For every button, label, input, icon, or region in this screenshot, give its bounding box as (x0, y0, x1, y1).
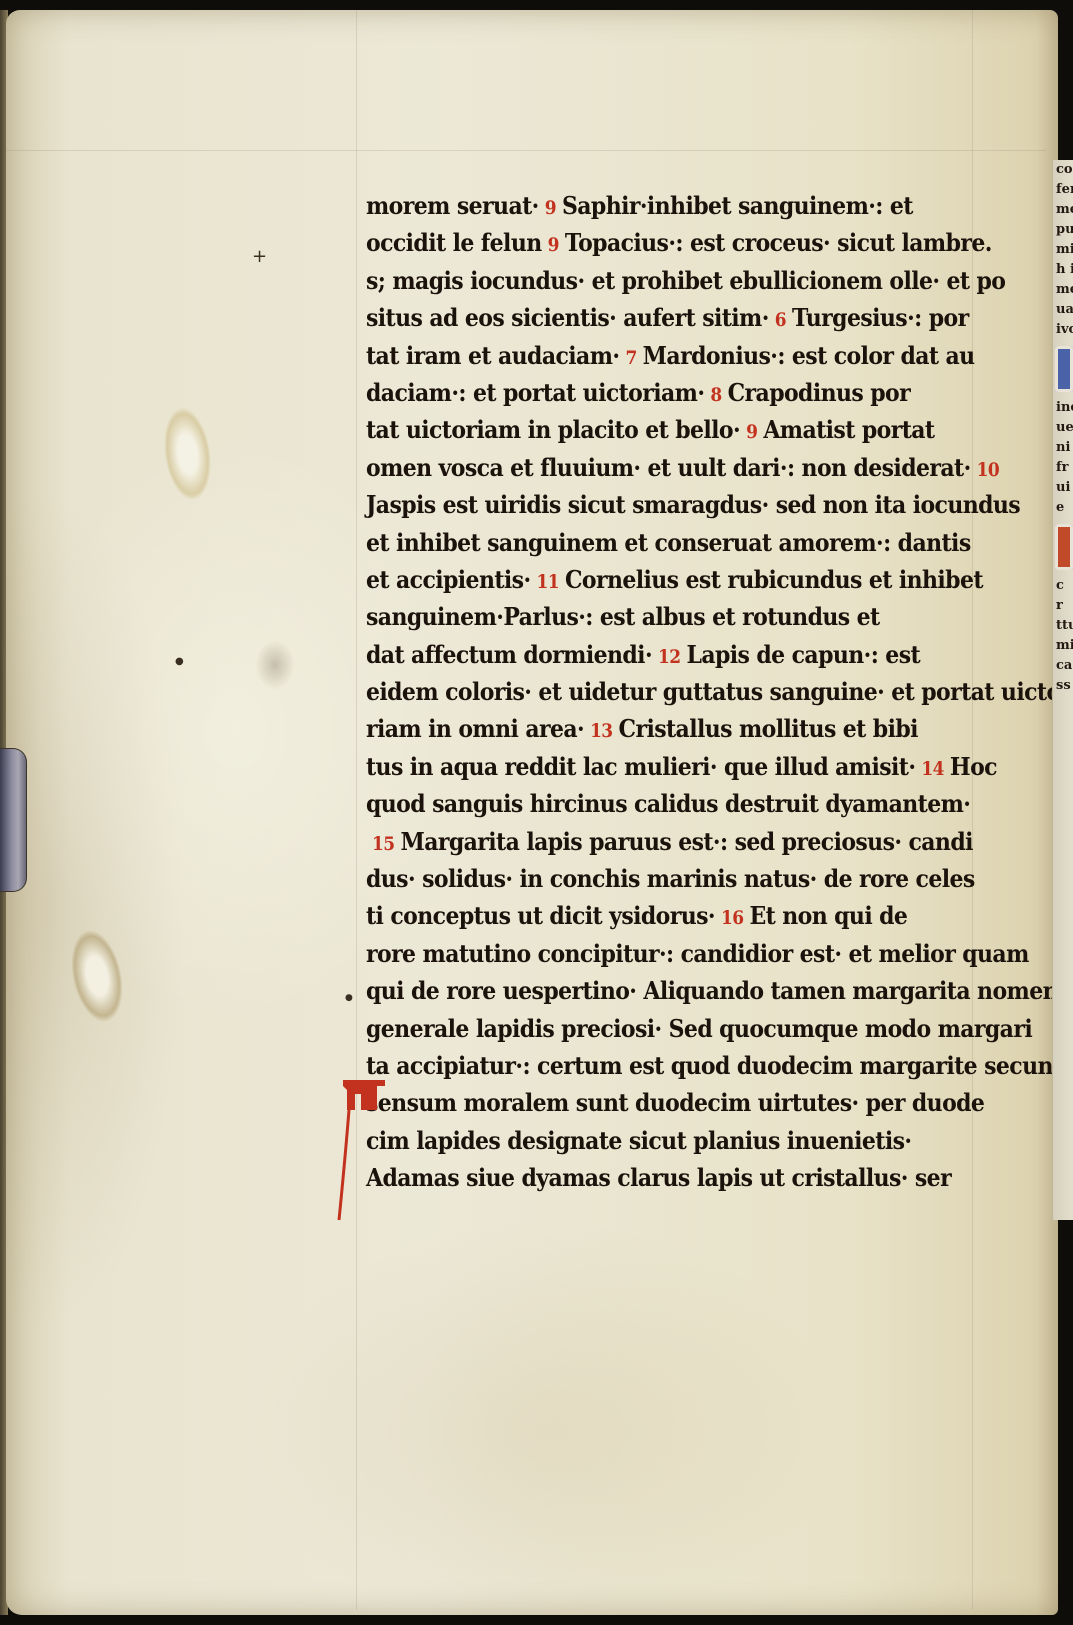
book-clasp (0, 748, 27, 892)
manuscript-line: 15Margarita lapis paruus est·: sed preci… (366, 821, 966, 863)
next-leaf-text-fragment: r (1053, 596, 1073, 616)
next-leaf-text-fragment: h i (1053, 260, 1073, 280)
line-text: eidem coloris· et uidetur guttatus sangu… (366, 677, 1061, 706)
next-leaf-text-fragment: ue (1053, 418, 1073, 438)
line-text: cim lapides designate sicut planius inue… (366, 1126, 911, 1155)
rubric-number: 15 (372, 833, 394, 855)
line-text: Turgesius·: por (792, 304, 969, 333)
manuscript-line: situs ad eos sicientis· aufert sitim·6Tu… (366, 298, 966, 340)
manuscript-line: sensum moralem sunt duodecim uirtutes· p… (366, 1083, 966, 1125)
rubric-number: 8 (710, 384, 721, 406)
manuscript-line: tat iram et audaciam·7Mardonius·: est co… (366, 335, 966, 377)
manuscript-line: dat affectum dormiendi·12Lapis de capun·… (366, 634, 966, 676)
manuscript-line: tus in aqua reddit lac mulieri· que illu… (366, 747, 966, 789)
margin-dot: ● (175, 656, 184, 667)
next-leaf-text-fragment: ni (1053, 438, 1073, 458)
line-text: qui de rore uespertino· Aliquando tamen … (366, 977, 1073, 1006)
line-text: daciam·: et portat uictoriam· (366, 378, 704, 407)
line-text: ta accipiatur·: certum est quod duodecim… (366, 1051, 1073, 1080)
line-text: sensum moralem sunt duodecim uirtutes· p… (366, 1089, 984, 1118)
line-text: dat affectum dormiendi· (366, 640, 652, 669)
rubric-number: 10 (977, 459, 999, 481)
next-leaf-text-fragment: me (1053, 280, 1073, 300)
next-leaf-text-fragment: pu (1053, 220, 1073, 240)
line-text: Jaspis est uiridis sicut smaragdus· sed … (366, 490, 1020, 519)
next-leaf-text-fragment: ivc (1053, 320, 1073, 340)
rubric-number: 6 (775, 309, 786, 331)
line-text: situs ad eos sicientis· aufert sitim· (366, 304, 769, 333)
next-leaf-edge: colfenmepumih imeuaivcincuenifruiecrttum… (1052, 160, 1073, 1220)
next-leaf-text-fragment: fr (1053, 458, 1073, 478)
manuscript-line: Adamas siue dyamas clarus lapis ut crist… (366, 1158, 966, 1200)
manuscript-line: eidem coloris· et uidetur guttatus sangu… (366, 672, 966, 714)
manuscript-line: et accipientis·11Cornelius est rubicundu… (366, 560, 966, 602)
foxing-stain (255, 640, 295, 690)
line-text: tus in aqua reddit lac mulieri· que illu… (366, 752, 915, 781)
line-text: ti conceptus ut dicit ysidorus· (366, 902, 715, 931)
line-text: rore matutino concipitur·: candidior est… (366, 939, 1029, 968)
line-text: riam in omni area· (366, 715, 584, 744)
manuscript-line: ta accipiatur·: certum est quod duodecim… (366, 1046, 966, 1088)
line-text: Adamas siue dyamas clarus lapis ut crist… (366, 1164, 951, 1193)
next-leaf-text-fragment: fen (1053, 180, 1073, 200)
next-leaf-text-fragment: c (1053, 576, 1073, 596)
line-text: Margarita lapis paruus est·: sed precios… (400, 827, 972, 856)
rubric-number: 12 (658, 646, 680, 668)
line-text: Lapis de capun·: est (686, 640, 920, 669)
line-text: et accipientis· (366, 565, 531, 594)
next-leaf-text-fragment: ss (1053, 676, 1073, 696)
rubric-number: 14 (921, 758, 943, 780)
line-text: sanguinem· (366, 603, 503, 632)
manuscript-line: ti conceptus ut dicit ysidorus·16Et non … (366, 896, 966, 938)
line-text: occidit le felun (366, 229, 542, 258)
line-text: s; magis iocundus· et prohibet ebullicio… (366, 266, 1005, 295)
manuscript-line: quod sanguis hircinus calidus destruit d… (366, 784, 966, 826)
rubricated-initial-a (337, 1080, 387, 1225)
line-text: omen vosca et fluuium· et uult dari·: no… (366, 453, 971, 482)
rubric-number: 9 (548, 234, 559, 256)
next-leaf-text-fragment: ua (1053, 300, 1073, 320)
next-leaf-text-fragment: ui (1053, 478, 1073, 498)
line-text: Parlus·: est albus et rotundus et (503, 603, 879, 632)
manuscript-line: tat uictoriam in placito et bello·9Amati… (366, 410, 966, 452)
next-leaf-text-fragment: inc (1053, 398, 1073, 418)
line-text: tat iram et audaciam· (366, 341, 619, 370)
line-text: Hoc (950, 752, 997, 781)
illuminated-initial-fragment (1055, 524, 1073, 570)
manuscript-line: dus· solidus· in conchis marinis natus· … (366, 859, 966, 901)
manuscript-line: Jaspis est uiridis sicut smaragdus· sed … (366, 485, 966, 527)
next-leaf-text-fragment: e (1053, 498, 1073, 518)
manuscript-line: et inhibet sanguinem et conseruat amorem… (366, 522, 966, 564)
line-text: Saphir·inhibet sanguinem·: et (562, 191, 913, 220)
line-text: tat uictoriam in placito et bello· (366, 416, 740, 445)
ruling-line (6, 150, 1046, 151)
manuscript-line: riam in omni area·13Cristallus mollitus … (366, 709, 966, 751)
manuscript-line: rore matutino concipitur·: candidior est… (366, 934, 966, 976)
line-text: quod sanguis hircinus calidus destruit d… (366, 790, 970, 819)
line-text: morem seruat· (366, 191, 539, 220)
line-text: generale lapidis preciosi· Sed quocumque… (366, 1014, 1032, 1043)
rubric-number: 11 (537, 571, 559, 593)
manuscript-line: qui de rore uespertino· Aliquando tamen … (366, 971, 966, 1013)
manuscript-line: occidit le felun9Topacius·: est croceus·… (366, 223, 966, 265)
line-text: Topacius·: est croceus· sicut lambre. (565, 229, 992, 258)
rubric-number: 9 (746, 421, 757, 443)
next-leaf-text-fragment: mi (1053, 240, 1073, 260)
ruling-line (356, 10, 357, 1610)
illuminated-initial-fragment (1055, 346, 1073, 392)
next-leaf-text-fragment: mi (1053, 636, 1073, 656)
line-text: Cristallus mollitus et bibi (619, 715, 918, 744)
line-text: Crapodinus por (728, 378, 910, 407)
manuscript-line: daciam·: et portat uictoriam·8Crapodinus… (366, 373, 966, 415)
line-text: Et non qui de (749, 902, 907, 931)
margin-dot: ● (345, 993, 353, 1003)
next-leaf-text-fragment: me (1053, 200, 1073, 220)
rubric-number: 13 (590, 720, 612, 742)
line-text: et inhibet sanguinem et conseruat amorem… (366, 528, 971, 557)
next-leaf-text-fragment: ttu (1053, 616, 1073, 636)
line-text: dus· solidus· in conchis marinis natus· … (366, 864, 975, 893)
line-text: Cornelius est rubicundus et inhibet (565, 565, 983, 594)
rubric-number: 9 (545, 197, 556, 219)
rubric-number: 16 (721, 907, 743, 929)
manuscript-line: cim lapides designate sicut planius inue… (366, 1121, 966, 1163)
manuscript-line: s; magis iocundus· et prohibet ebullicio… (366, 261, 966, 303)
manuscript-line: morem seruat·9Saphir·inhibet sanguinem·:… (366, 186, 966, 228)
line-text: Amatist portat (763, 416, 934, 445)
manuscript-line: omen vosca et fluuium· et uult dari·: no… (366, 447, 966, 489)
margin-cross-mark: + (252, 246, 267, 267)
next-leaf-text-fragment: ca (1053, 656, 1073, 676)
manuscript-line: generale lapidis preciosi· Sed quocumque… (366, 1008, 966, 1050)
manuscript-line: sanguinem·Parlus·: est albus et rotundus… (366, 597, 966, 639)
next-leaf-text-fragment: col (1053, 160, 1073, 180)
text-column: morem seruat·9Saphir·inhibet sanguinem·:… (366, 188, 966, 1198)
line-text: Mardonius·: est color dat au (643, 341, 975, 370)
rubric-number: 7 (625, 347, 636, 369)
